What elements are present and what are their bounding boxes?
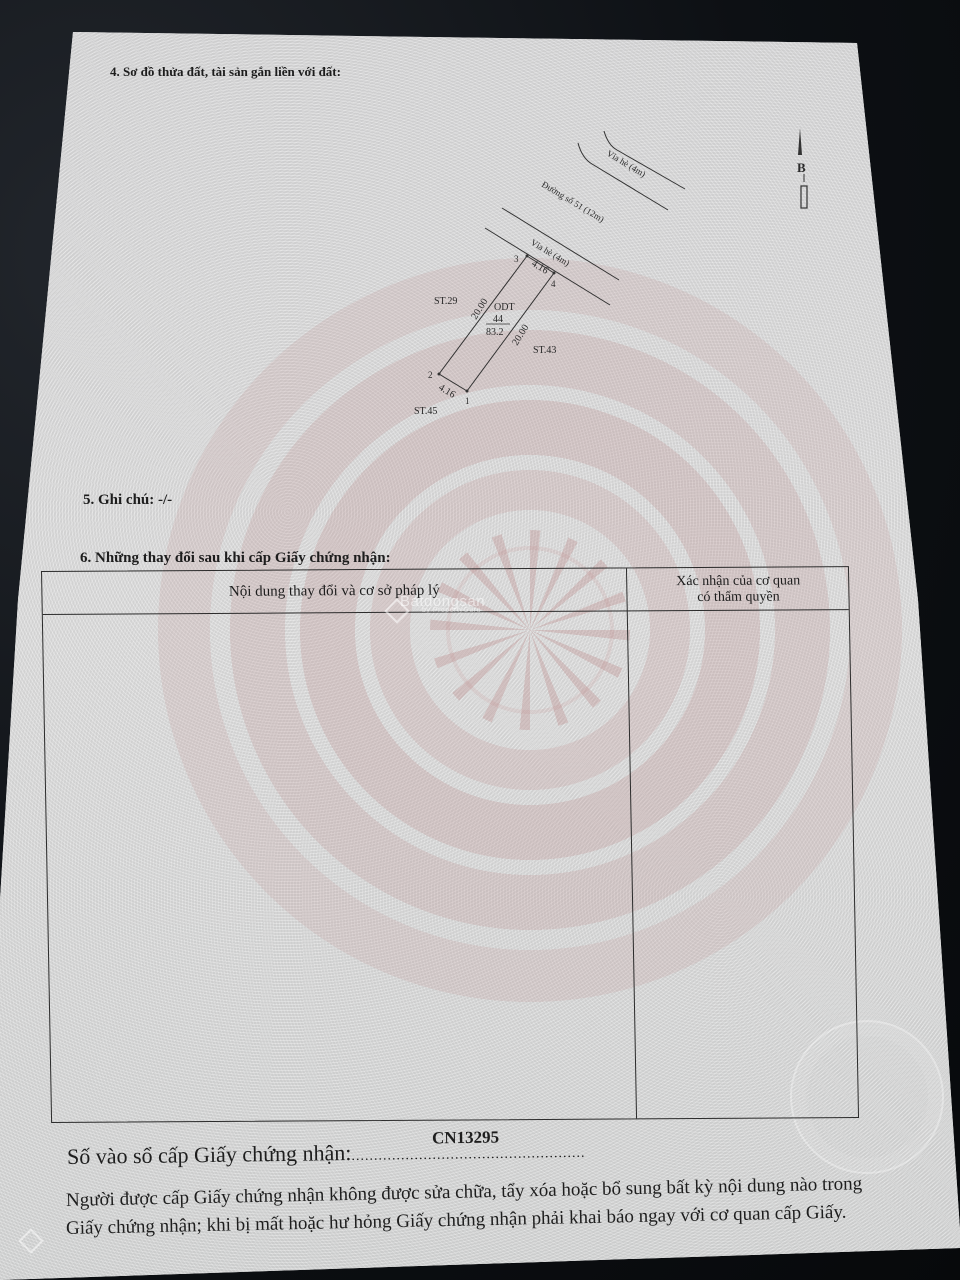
- header-changes-content: Nội dung thay đổi và cơ sở pháp lý: [42, 568, 627, 614]
- section-4-title: 4. Sơ đồ thửa đất, tài sản gắn liền với …: [110, 64, 341, 80]
- authority-confirmation-cell: [629, 611, 858, 1118]
- registry-dots: ........................................…: [351, 1146, 585, 1164]
- watermark: Batdongsan by PropertyGuru: [400, 593, 485, 614]
- changes-table: Nội dung thay đổi và cơ sở pháp lý Xác n…: [41, 566, 859, 1123]
- section-5-title: 5. Ghi chú: -/-: [83, 492, 172, 509]
- changes-content-cell: [43, 612, 636, 1122]
- registry-label: Số vào sổ cấp Giấy chứng nhận:: [67, 1140, 352, 1169]
- header-authority-confirmation: Xác nhận của cơ quan có thẩm quyền: [628, 569, 849, 610]
- section-6-title: 6. Những thay đổi sau khi cấp Giấy chứng…: [80, 550, 391, 567]
